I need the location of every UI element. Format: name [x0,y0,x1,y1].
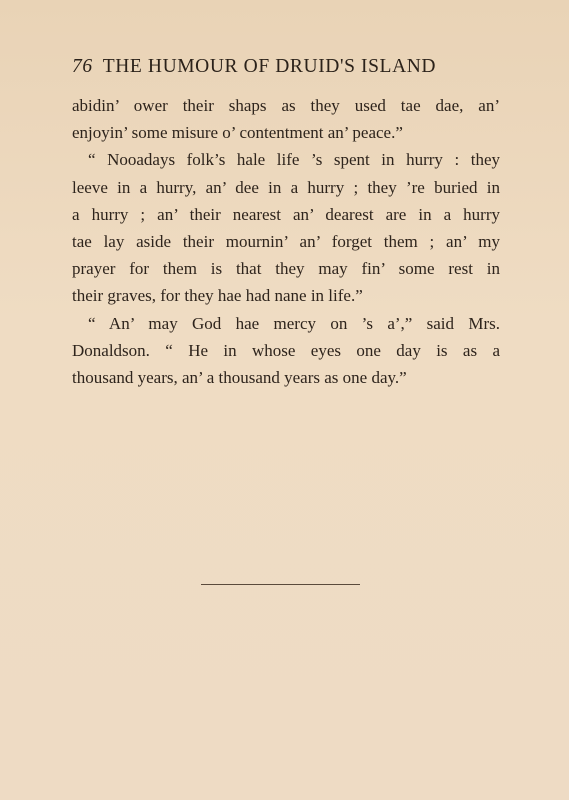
text-line: abidin’ ower their shaps as they used ta… [72,92,500,119]
text-line: enjoyin’ some misure o’ contentment an’ … [72,119,500,146]
text-line: tae lay aside their mournin’ an’ forget … [72,228,500,255]
text-line: “ Nooadays folk’s hale life ’s spent in … [72,146,500,173]
text-line: thousand years, an’ a thousand years as … [72,364,500,391]
running-header: 76THE HUMOUR OF DRUID'S ISLAND [72,56,502,78]
text-line: leeve in a hurry, an’ dee in a hurry ; t… [72,174,500,201]
text-line: a hurry ; an’ their nearest an’ dearest … [72,201,500,228]
body-text: abidin’ ower their shaps as they used ta… [72,92,500,391]
text-line: “ An’ may God hae mercy on ’s a’,” said … [72,310,500,337]
text-line: prayer for them is that they may fin’ so… [72,255,500,282]
page-number: 76 [72,56,93,77]
book-page: 76THE HUMOUR OF DRUID'S ISLAND abidin’ o… [0,0,569,800]
running-title: THE HUMOUR OF DRUID'S ISLAND [103,56,436,77]
text-line: their graves, for they hae had nane in l… [72,282,500,309]
chapter-end-rule [201,584,360,585]
text-line: Donaldson. “ He in whose eyes one day is… [72,337,500,364]
